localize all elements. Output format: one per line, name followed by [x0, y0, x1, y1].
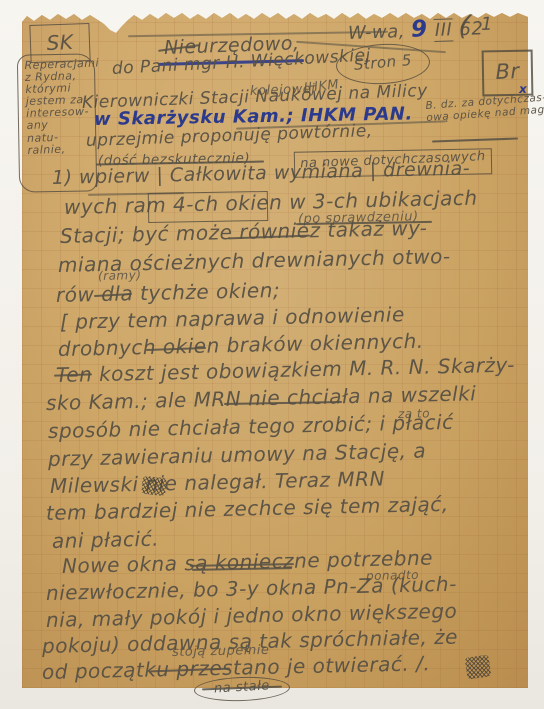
body-line: rów dla tychże okien;	[56, 279, 281, 306]
insert-note: za to	[398, 407, 430, 421]
window-count-box	[148, 191, 269, 223]
role-insert-note: kolejowej	[250, 83, 316, 100]
date-month-roman: III	[433, 18, 453, 42]
body-line: ani płacić.	[52, 528, 159, 552]
corner-page-number: 1	[481, 15, 493, 35]
insert-note: stoją zupełnie	[172, 644, 270, 661]
insert-note: (ramy)	[98, 269, 142, 283]
scribble-mark	[141, 476, 167, 496]
insert-note: ponadto	[366, 569, 419, 583]
margin-left-note: Reperacjami z Rydna, którymi jestem za i…	[24, 57, 102, 156]
scanned-manuscript-page: SK W-wa, 9 III 62 ( 1 Nieurzędowo, Stron…	[0, 0, 544, 709]
scribble-mark	[465, 654, 492, 679]
